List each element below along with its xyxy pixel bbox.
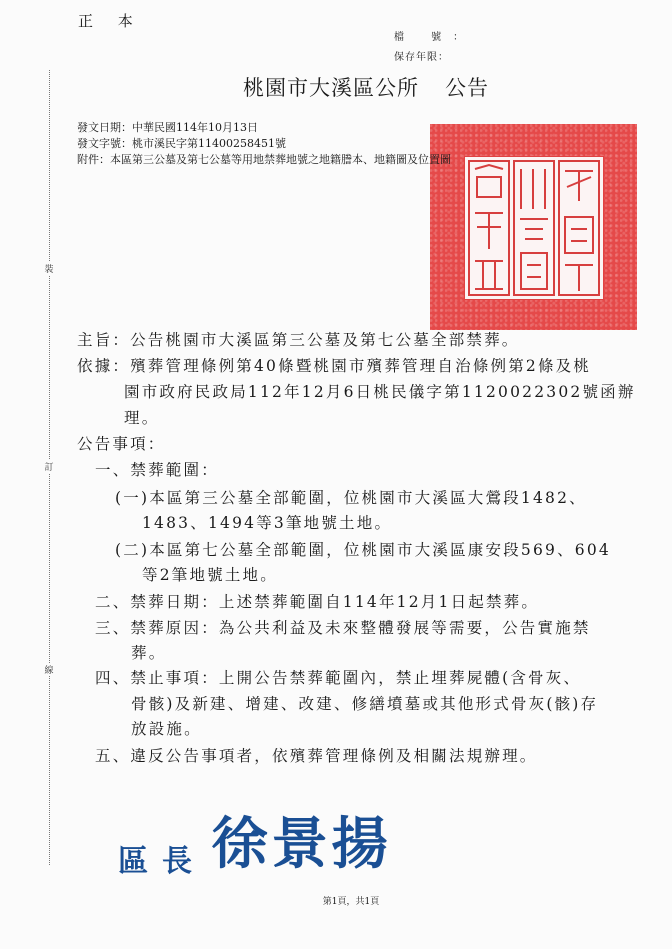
signature-block: 區長 徐景揚 bbox=[118, 800, 392, 880]
basis-line-3: 理。 bbox=[124, 406, 159, 431]
item-5: 五、違反公告事項者，依殯葬管理條例及相關法規辦理。 bbox=[95, 744, 538, 769]
item-1-sub-2-line-2: 等2筆地號土地。 bbox=[142, 563, 278, 588]
item-2: 二、禁葬日期：上述禁葬範圍自114年12月1日起禁葬。 bbox=[95, 590, 539, 615]
item-4-line-2: 骨骸)及新建、增建、改建、修繕墳墓或其他形式骨灰(骸)存 bbox=[131, 692, 598, 717]
item-1-heading: 一、禁葬範圍： bbox=[95, 458, 219, 483]
signature-title: 區長 bbox=[118, 844, 206, 879]
page-number: 第1頁，共1頁 bbox=[0, 894, 672, 907]
items-header: 公告事項： bbox=[77, 432, 166, 457]
item-4-line-1: 四、禁止事項：上開公告禁葬範圍內，禁止埋葬屍體(含骨灰、 bbox=[95, 666, 581, 691]
item-3-line-1: 三、禁葬原因：為公共利益及未來整體發展等需要，公告實施禁 bbox=[95, 616, 591, 641]
basis-line-2: 園市政府民政局112年12月6日桃民儀字第1120022302號函辦 bbox=[124, 380, 636, 405]
basis-line-1: 依據：殯葬管理條例第40條暨桃園市殯葬管理自治條例第2條及桃 bbox=[77, 354, 591, 379]
item-1-sub-1-line-1: (一)本區第三公墓全部範圍，位桃園市大溪區大鶯段1482、 bbox=[115, 486, 587, 511]
item-1-sub-2-line-1: (二)本區第七公墓全部範圍，位桃園市大溪區康安段569、604 bbox=[115, 538, 611, 563]
subject: 主旨：公告桃園市大溪區第三公墓及第七公墓全部禁葬。 bbox=[77, 328, 520, 353]
announcement-body: 主旨：公告桃園市大溪區第三公墓及第七公墓全部禁葬。 依據：殯葬管理條例第40條暨… bbox=[0, 0, 672, 800]
item-4-line-3: 放設施。 bbox=[131, 717, 202, 742]
item-1-sub-1-line-2: 1483、1494等3筆地號土地。 bbox=[142, 511, 392, 536]
item-3-line-2: 葬。 bbox=[131, 641, 166, 666]
signature-name: 徐景揚 bbox=[212, 812, 392, 877]
